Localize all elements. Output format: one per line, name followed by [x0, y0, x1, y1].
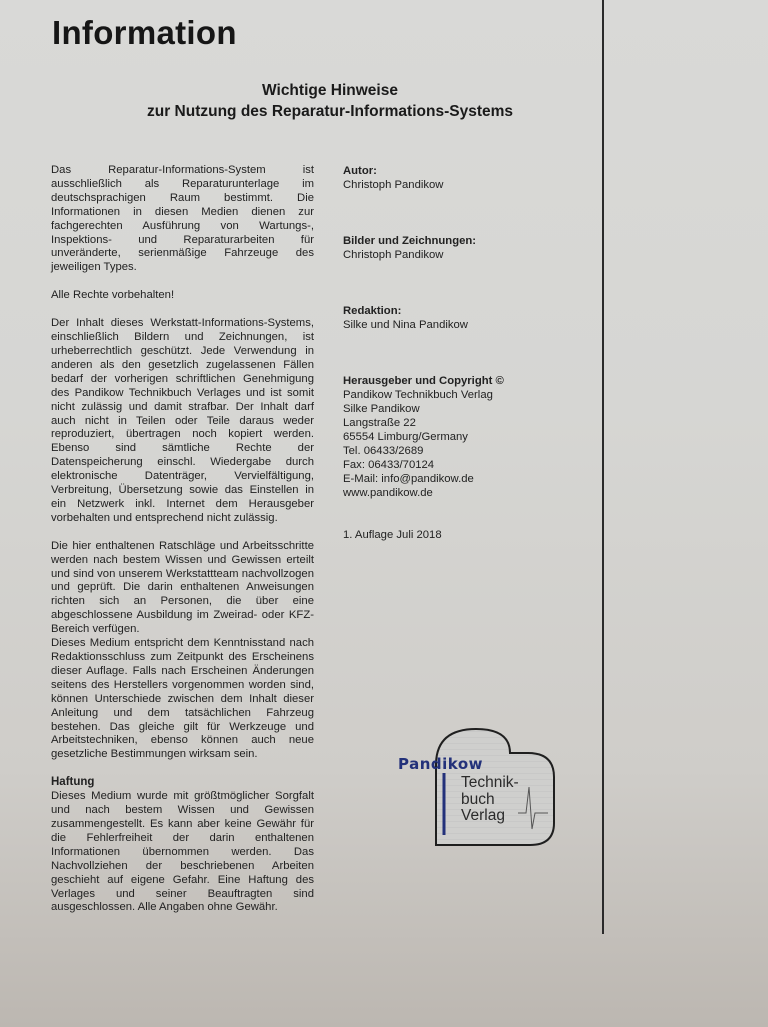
logo-line-1: Technik- — [461, 775, 519, 792]
editorial-label: Redaktion: — [343, 304, 593, 318]
logo-line-2: buch — [461, 792, 519, 809]
publisher-city: 65554 Limburg/Germany — [343, 430, 593, 444]
intro-paragraph: Das Reparatur-Informations-System ist au… — [51, 164, 314, 275]
logo-wordmark: Technik- buch Verlag — [461, 775, 519, 825]
publisher-fax: Fax: 06433/70124 — [343, 458, 593, 472]
copyright-paragraph: Der Inhalt dieses Werkstatt-Informations… — [51, 317, 314, 526]
right-info-column: Autor: Christoph Pandikow Bilder und Zei… — [343, 164, 593, 542]
publisher-phone: Tel. 06433/2689 — [343, 444, 593, 458]
medium-paragraph: Dieses Medium entspricht dem Kenntnissta… — [51, 637, 314, 762]
column-divider-rule — [602, 0, 604, 934]
subtitle-line-2: zur Nutzung des Reparatur-Informations-S… — [60, 101, 600, 122]
document-subtitle: Wichtige Hinweise zur Nutzung des Repara… — [60, 80, 600, 122]
publisher-owner: Silke Pandikow — [343, 402, 593, 416]
logo-line-3: Verlag — [461, 808, 519, 825]
rights-reserved: Alle Rechte vorbehalten! — [51, 289, 314, 303]
publisher-name: Pandikow Technikbuch Verlag — [343, 388, 593, 402]
editorial-names: Silke und Nina Pandikow — [343, 318, 593, 332]
images-author: Christoph Pandikow — [343, 248, 593, 262]
publisher-label: Herausgeber und Copyright © — [343, 374, 593, 388]
author-name: Christoph Pandikow — [343, 178, 593, 192]
publisher-block: Herausgeber und Copyright © Pandikow Tec… — [343, 374, 593, 500]
liability-heading: Haftung — [51, 776, 314, 790]
publisher-email: E-Mail: info@pandikow.de — [343, 472, 593, 486]
edition-note: 1. Auflage Juli 2018 — [343, 528, 593, 542]
author-block: Autor: Christoph Pandikow — [343, 164, 593, 192]
publisher-street: Langstraße 22 — [343, 416, 593, 430]
liability-paragraph: Dieses Medium wurde mit größtmöglicher S… — [51, 790, 314, 915]
images-block: Bilder und Zeichnungen: Christoph Pandik… — [343, 234, 593, 262]
editorial-block: Redaktion: Silke und Nina Pandikow — [343, 304, 593, 332]
logo-brand-text: Pandikow — [398, 755, 483, 773]
left-text-column: Das Reparatur-Informations-System ist au… — [51, 164, 314, 929]
publisher-website: www.pandikow.de — [343, 486, 593, 500]
publisher-logo: Pandikow Technik- buch Verlag — [398, 725, 558, 847]
advice-paragraph: Die hier enthaltenen Ratschläge und Arbe… — [51, 540, 314, 637]
page-title: Information — [52, 14, 237, 52]
images-label: Bilder und Zeichnungen: — [343, 234, 593, 248]
subtitle-line-1: Wichtige Hinweise — [60, 80, 600, 101]
author-label: Autor: — [343, 164, 593, 178]
